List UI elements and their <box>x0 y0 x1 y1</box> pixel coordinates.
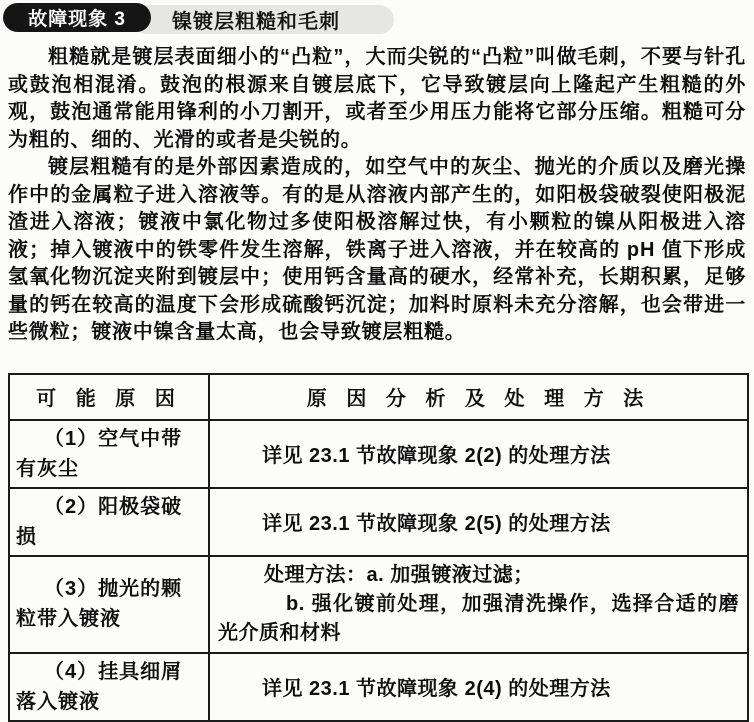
table-row: （1）空气中带有灰尘 详见 23.1 节故障现象 2(2) 的处理方法 <box>9 420 748 488</box>
treatment-cell: 详见 23.1 节故障现象 2(2) 的处理方法 <box>209 420 748 488</box>
table-row: （4）挂具细屑落入镀液 详见 23.1 节故障现象 2(4) 的处理方法 <box>9 653 748 721</box>
scanned-document-page: 镍镀层粗糙和毛刺 故障现象 3 粗糙就是镀层表面细小的“凸粒”，大而尖锐的“凸粒… <box>0 0 754 722</box>
column-header-treatment: 原 因 分 析 及 处 理 方 法 <box>209 374 748 420</box>
table-header-row: 可 能 原 因 原 因 分 析 及 处 理 方 法 <box>9 374 748 420</box>
section-title-pill: 镍镀层粗糙和毛刺 <box>132 5 394 34</box>
treatment-cell: 详见 23.1 节故障现象 2(4) 的处理方法 <box>209 653 748 721</box>
table-row: （3）抛光的颗粒带入镀液 处理方法：a. 加强镀液过滤； b. 强化镀前处理，加… <box>9 556 748 653</box>
section-header: 镍镀层粗糙和毛刺 故障现象 3 <box>0 0 754 38</box>
cause-cell: （4）挂具细屑落入镀液 <box>9 653 209 721</box>
cause-text: （4）挂具细屑落入镀液 <box>16 657 202 717</box>
treatment-cell: 处理方法：a. 加强镀液过滤； b. 强化镀前处理，加强清洗操作，选择合适的磨光… <box>209 556 748 653</box>
section-title: 镍镀层粗糙和毛刺 <box>172 5 340 34</box>
cause-cell: （3）抛光的颗粒带入镀液 <box>9 556 209 653</box>
cause-text: （2）阳极袋破损 <box>16 492 202 552</box>
body-text: 粗糙就是镀层表面细小的“凸粒”，大而尖锐的“凸粒”叫做毛刺，不要与针孔或鼓泡相混… <box>8 44 746 347</box>
cause-cell: （1）空气中带有灰尘 <box>9 420 209 488</box>
treatment-cell: 详见 23.1 节故障现象 2(5) 的处理方法 <box>209 488 748 556</box>
column-header-cause: 可 能 原 因 <box>9 374 209 420</box>
fault-cause-table: 可 能 原 因 原 因 分 析 及 处 理 方 法 （1）空气中带有灰尘 详见 … <box>8 373 749 722</box>
fault-number-badge: 故障现象 3 <box>3 3 151 32</box>
body-paragraph-1: 粗糙就是镀层表面细小的“凸粒”，大而尖锐的“凸粒”叫做毛刺，不要与针孔或鼓泡相混… <box>8 44 746 154</box>
cause-cell: （2）阳极袋破损 <box>9 488 209 556</box>
treatment-item-a: a. 加强镀液过滤； <box>367 564 534 586</box>
treatment-item-b: b. 强化镀前处理，加强清洗操作，选择合适的磨光介质和材料 <box>218 590 739 648</box>
cause-text: （1）空气中带有灰尘 <box>16 424 202 484</box>
treatment-line-a: 处理方法：a. 加强镀液过滤； <box>218 561 739 590</box>
fault-number-label: 故障现象 3 <box>28 4 126 31</box>
cause-text: （3）抛光的颗粒带入镀液 <box>16 574 202 634</box>
treatment-text: 详见 23.1 节故障现象 2(4) 的处理方法 <box>218 672 739 701</box>
body-paragraph-2: 镀层粗糙有的是外部因素造成的，如空气中的灰尘、抛光的介质以及磨光操作中的金属粒子… <box>8 154 746 347</box>
treatment-text: 详见 23.1 节故障现象 2(2) 的处理方法 <box>218 439 739 468</box>
treatment-method-label: 处理方法： <box>264 564 367 586</box>
table-row: （2）阳极袋破损 详见 23.1 节故障现象 2(5) 的处理方法 <box>9 488 748 556</box>
treatment-text: 详见 23.1 节故障现象 2(5) 的处理方法 <box>218 507 739 536</box>
